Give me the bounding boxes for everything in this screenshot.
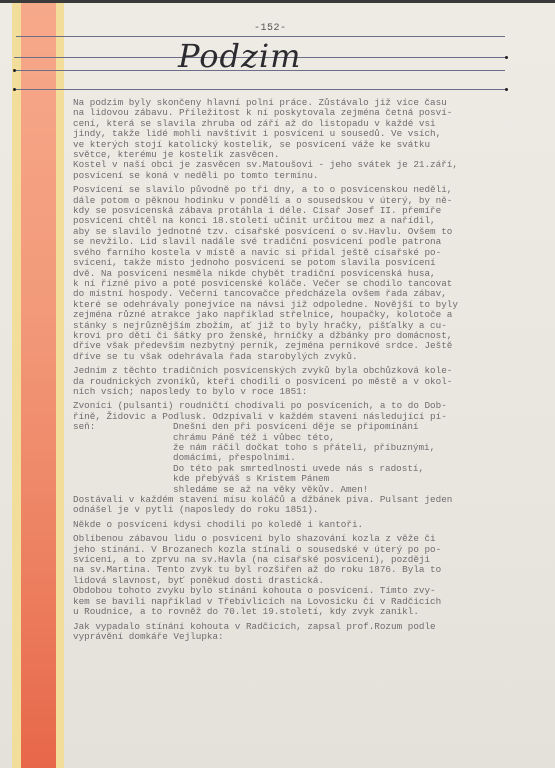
paragraph: Zvoníci (pulsanti) roudničtí chodívali p… bbox=[73, 401, 513, 495]
page-title: Podzim bbox=[178, 37, 301, 75]
text-line: zejména různé atrakce jako například stř… bbox=[73, 310, 513, 320]
ruled-line bbox=[14, 89, 505, 90]
text-line: svícení, takže místo jednoho posvícení s… bbox=[73, 258, 513, 268]
song-verse: Dnešní den při posvícení děje se připomí… bbox=[73, 422, 513, 495]
paragraph: Někde o posvícení kdysi chodili po koled… bbox=[73, 520, 513, 530]
paragraph: Kostel v naší obci je zasvěcen sv.Matouš… bbox=[73, 160, 513, 181]
line-end-dot bbox=[505, 56, 508, 59]
paragraph: Dostávali v každém stavení mísu koláčů a… bbox=[73, 495, 513, 516]
text-line: vyprávění domkáře Vejlupka: bbox=[73, 632, 513, 642]
typewritten-body: Na podzim byly skončeny hlavní polní prá… bbox=[73, 98, 513, 646]
paragraph: Jak vypadalo stínání kohouta v Radčicích… bbox=[73, 622, 513, 643]
paragraph: Obdobou tohoto zvyku bylo stínání kohout… bbox=[73, 586, 513, 617]
paragraph: Na podzim byly skončeny hlavní polní prá… bbox=[73, 98, 513, 160]
text-line: dříve se tu však odehrávala řada staroby… bbox=[73, 352, 513, 362]
text-line: ních vsích; naposledy to bylo v roce 185… bbox=[73, 387, 513, 397]
paragraph: Oblíbenou zábavou lidu o posvícení bylo … bbox=[73, 534, 513, 586]
text-line: Někde o posvícení kdysi chodili po koled… bbox=[73, 520, 513, 530]
paragraph: Posvícení se slavilo původně po tři dny,… bbox=[73, 185, 513, 362]
text-line: posvícení se koná v neděli po tomto term… bbox=[73, 171, 513, 181]
paragraph: Jedním z těchto tradičních posvícenských… bbox=[73, 366, 513, 397]
line-end-dot bbox=[13, 88, 16, 91]
text-line: odnášel je v pytli (naposledy do roku 18… bbox=[73, 505, 513, 515]
scanned-page: -152- Podzim Na podzim byly skončeny hla… bbox=[0, 0, 555, 768]
text-line: u Roudnice, a to rovněž do 70.let 19.sto… bbox=[73, 607, 513, 617]
left-border-red-stripe bbox=[21, 3, 56, 768]
page-number: -152- bbox=[254, 23, 287, 34]
line-end-dot bbox=[505, 88, 508, 91]
line-end-dot bbox=[13, 69, 16, 72]
text-line: Jedním z těchto tradičních posvícenských… bbox=[73, 366, 513, 376]
